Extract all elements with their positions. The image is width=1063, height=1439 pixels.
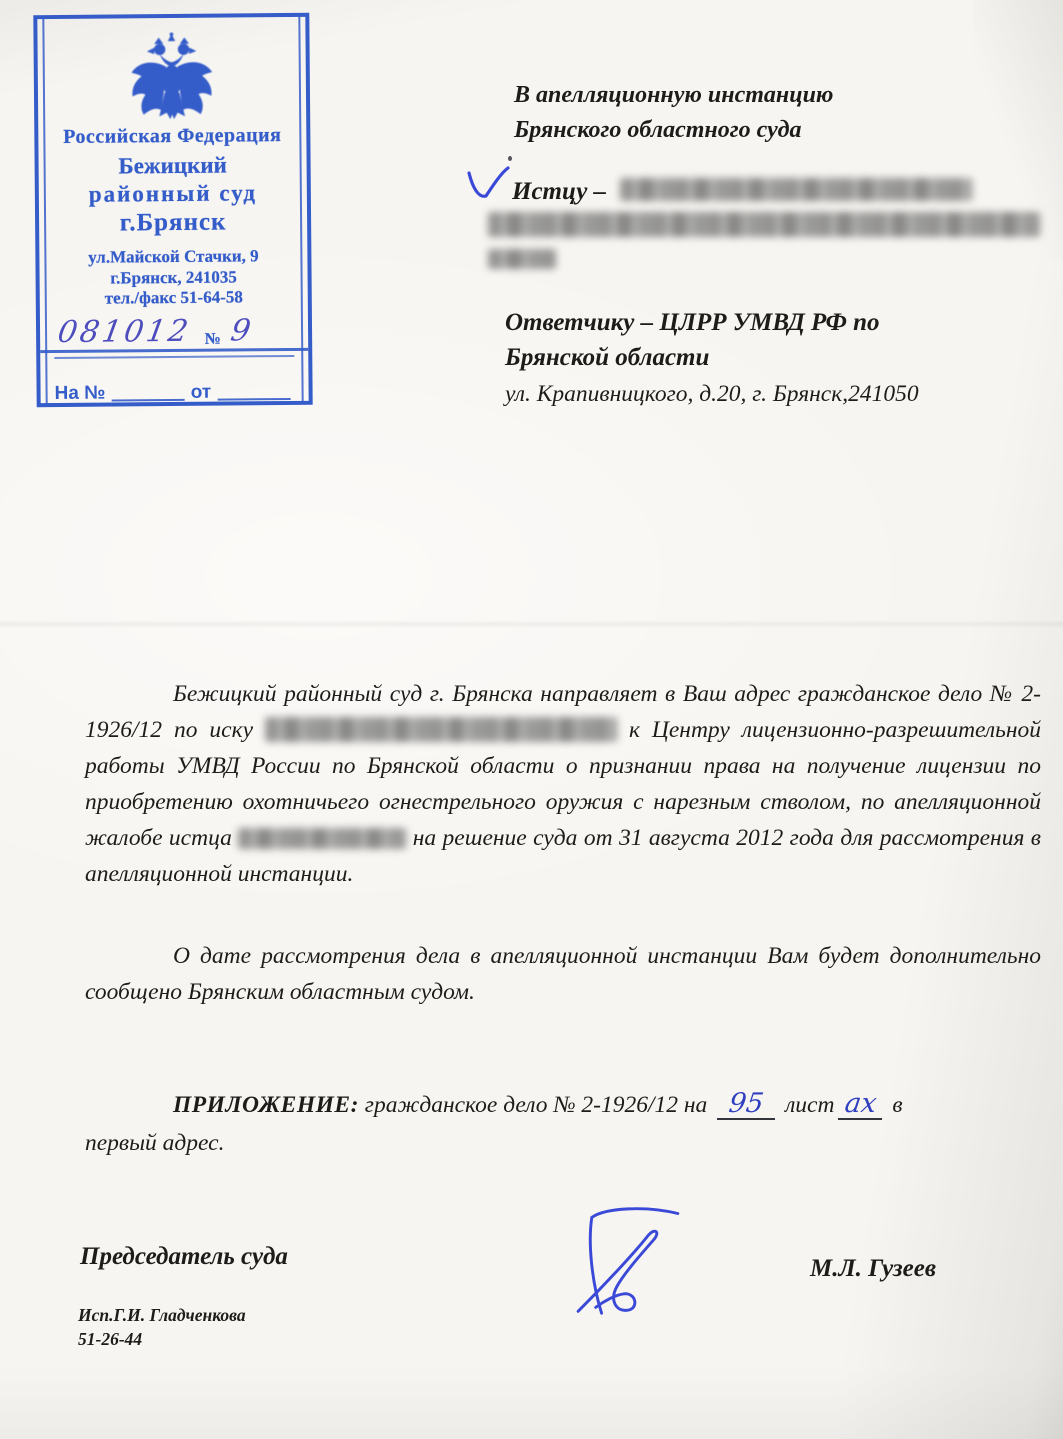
stamp-divider-line xyxy=(54,355,294,359)
plaintiff-block: Истцу – xyxy=(488,176,1054,276)
stamp-country: Российская Федерация xyxy=(38,123,306,150)
addressee-court-line-1: В апелляционную инстанцию xyxy=(514,78,954,113)
stamp-outgoing-row: 081012 № 9 xyxy=(40,310,308,353)
stamp-city-zip: г.Брянск, 241035 xyxy=(40,267,308,290)
handwritten-outgoing-number: 9 xyxy=(228,313,253,348)
stamp-incoming-from-label: от xyxy=(191,382,212,404)
court-header-stamp: Российская Федерация Бежицкий районный с… xyxy=(33,13,312,407)
attachment-label: ПРИЛОЖЕНИЕ: xyxy=(173,1092,359,1118)
stamp-phone: тел./факс 51-64-58 xyxy=(40,287,308,310)
coat-of-arms-icon xyxy=(37,31,306,121)
paper-crease xyxy=(0,620,1063,628)
redacted-plaintiff-name xyxy=(620,178,972,201)
executor-block: Исп.Г.И. Гладченкова 51-26-44 xyxy=(78,1303,246,1351)
stamp-number-sign: № xyxy=(205,329,221,349)
attachment-text-1: гражданское дело № 2-1926/12 на xyxy=(365,1092,708,1118)
defendant-block: Ответчику – ЦЛРР УМВД РФ по Брянской обл… xyxy=(505,305,1045,412)
defendant-line-1: Ответчику – ЦЛРР УМВД РФ по xyxy=(505,305,1045,340)
signer-title: Председатель суда xyxy=(80,1243,288,1271)
pages-count-underline: 95 xyxy=(717,1092,775,1120)
redacted-plaintiff-zip xyxy=(488,249,556,269)
handwritten-outgoing-date: 081012 xyxy=(55,314,193,350)
addressee-court: В апелляционную инстанцию Брянского обла… xyxy=(514,78,954,148)
redacted-plaintiff-initials-inline xyxy=(238,828,406,849)
defendant-address: ул. Крапивницкого, д.20, г. Брянск,24105… xyxy=(505,377,1045,412)
stamp-court-name-2: районный суд xyxy=(39,179,307,209)
stamp-incoming-number-line xyxy=(111,398,184,402)
stamp-incoming-row: На № от xyxy=(40,373,308,405)
scanned-court-letter: Российская Федерация Бежицкий районный с… xyxy=(0,0,1063,1439)
stamp-incoming-date-line xyxy=(217,397,290,401)
executor-phone: 51-26-44 xyxy=(78,1327,246,1351)
body-paragraph-1: Бежицкий районный суд г. Брянска направл… xyxy=(85,676,1041,892)
attachment-text-2: лист xyxy=(785,1092,834,1118)
stamp-court-city: г.Брянск xyxy=(39,207,307,240)
attachment-paragraph: ПРИЛОЖЕНИЕ: гражданское дело № 2-1926/12… xyxy=(85,1086,1041,1162)
redacted-plaintiff-address xyxy=(488,212,1040,237)
defendant-line-2: Брянской области xyxy=(505,340,1045,375)
handwritten-pages-count: 95 xyxy=(728,1094,765,1114)
word-ending-underline: ах xyxy=(838,1092,882,1120)
handwritten-word-ending: ах xyxy=(843,1094,877,1114)
handwritten-signature xyxy=(568,1192,686,1324)
body-paragraph-2: О дате рассмотрения дела в апелляционной… xyxy=(85,938,1041,1010)
signer-name: М.Л. Гузеев xyxy=(810,1255,936,1283)
plaintiff-label: Истцу – xyxy=(512,178,606,205)
stamp-incoming-label: На № xyxy=(55,383,106,405)
attachment-text-4: первый адрес. xyxy=(85,1124,225,1162)
body-p2-text: О дате рассмотрения дела в апелляционной… xyxy=(85,943,1041,1005)
redacted-plaintiff-name-inline xyxy=(265,717,617,742)
pen-mark-dot xyxy=(508,156,512,161)
addressee-court-line-2: Брянского областного суда xyxy=(514,113,954,148)
stamp-street: ул.Майской Стачки, 9 xyxy=(39,246,307,269)
executor-name: Исп.Г.И. Гладченкова xyxy=(78,1303,246,1327)
stamp-court-name-1: Бежицкий xyxy=(39,151,307,181)
attachment-text-3: в xyxy=(892,1092,902,1118)
